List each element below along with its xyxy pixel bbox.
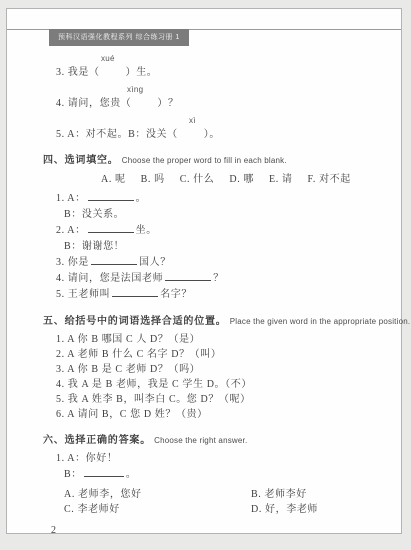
exercise-line: 3. 我是（）生。 xyxy=(56,65,393,80)
exercise-line: 4. 请问，您是法国老师？ xyxy=(56,271,393,287)
answer-choice: A. 老师李，您好 xyxy=(64,487,251,502)
section-five-title: 五、给括号中的词语选择合适的位置。 Place the given word i… xyxy=(43,314,393,330)
exercise-line: 3. 你是国人？ xyxy=(56,255,393,271)
page-number: 2 xyxy=(51,525,393,536)
fill-blank xyxy=(88,223,134,233)
section-title-english: Choose the proper word to fill in each b… xyxy=(122,156,287,165)
section-four-title: 四、选词填空。 Choose the proper word to fill i… xyxy=(43,153,393,169)
line-text: 1. A： xyxy=(56,193,86,204)
word-option: F. 对不起 xyxy=(308,172,351,187)
line-text: ）生。 xyxy=(126,67,158,78)
word-option: C. 什么 xyxy=(180,172,215,187)
section-title-chinese: 六、选择正确的答案。 xyxy=(43,435,151,446)
line-text: 3. 我是（ xyxy=(56,67,100,78)
exercise-line: 6. A 请问 B，C 您 D 姓？（贵） xyxy=(56,407,393,422)
pinyin-hint: xì xyxy=(189,115,393,127)
section-title-english: Place the given word in the appropriate … xyxy=(230,317,411,326)
line-text: 4. 请问，您贵（ xyxy=(56,98,131,109)
exercise-line: 2. A：坐。 xyxy=(56,223,393,239)
line-text: ）？ xyxy=(157,98,178,109)
workbook-page: 预科汉语强化教程系列 综合练习册 1 xué 3. 我是（）生。 xìng 4.… xyxy=(6,8,402,534)
line-text: 。 xyxy=(136,193,147,204)
answer-choice: C. 李老师好 xyxy=(64,502,251,517)
section-title-english: Choose the right answer. xyxy=(154,436,247,445)
exercise-line: 4. 请问，您贵（）？ xyxy=(56,96,393,111)
section-title-chinese: 五、给括号中的词语选择合适的位置。 xyxy=(43,316,227,327)
series-header-label: 预科汉语强化教程系列 综合练习册 1 xyxy=(49,29,189,46)
exercise-line: 1. A：。 xyxy=(56,191,393,207)
answer-choice: B. 老师李好 xyxy=(251,487,307,502)
section-six-title: 六、选择正确的答案。 Choose the right answer. xyxy=(43,433,393,449)
line-text: 3. 你是 xyxy=(56,257,89,268)
line-text: ）。 xyxy=(204,129,220,140)
dialog-line: B：。 xyxy=(64,467,393,483)
line-text: 5. A：对不起。B：没关（ xyxy=(56,129,178,140)
section-title-chinese: 四、选词填空。 xyxy=(43,155,119,166)
word-option: D. 哪 xyxy=(229,172,254,187)
exercise-line: 1. A 你 B 哪国 C 人 D？（是） xyxy=(56,332,393,347)
line-text: B： xyxy=(64,469,82,480)
fill-blank xyxy=(84,467,124,477)
fill-blank xyxy=(88,191,134,201)
line-text: 坐。 xyxy=(136,225,157,236)
exercise-line: 3. A 你 B 是 C 老师 D？（吗） xyxy=(56,362,393,377)
fill-blank xyxy=(112,287,158,297)
word-option: B. 吗 xyxy=(141,172,165,187)
line-text: 。 xyxy=(126,469,137,480)
page-content: xué 3. 我是（）生。 xìng 4. 请问，您贵（）？ xì 5. A：对… xyxy=(7,9,401,536)
exercise-line: 5. A：对不起。B：没关（）。 xyxy=(56,127,393,142)
exercise-line: B：没关系。 xyxy=(64,207,393,223)
line-text: 2. A： xyxy=(56,225,86,236)
word-option: E. 请 xyxy=(269,172,293,187)
exercise-line: 5. 我 A 姓李 B，叫李白 C。您 D？（呢） xyxy=(56,392,393,407)
word-options-row: A. 呢 B. 吗 C. 什么 D. 哪 E. 请 F. 对不起 xyxy=(101,172,393,187)
line-text: 5. 王老师叫 xyxy=(56,289,110,300)
exercise-line: 4. 我 A 是 B 老师，我是 C 学生 D。（不） xyxy=(56,377,393,392)
pinyin-hint: xué xyxy=(101,53,393,65)
exercise-line: 5. 王老师叫名字？ xyxy=(56,287,393,303)
fill-blank xyxy=(165,271,211,281)
line-text: ？ xyxy=(213,273,224,284)
exercise-line: 2. A 老师 B 什么 C 名字 D？（叫） xyxy=(56,347,393,362)
answer-choices-row: A. 老师李，您好 B. 老师李好 xyxy=(64,487,393,502)
fill-blank xyxy=(91,255,137,265)
word-option: A. 呢 xyxy=(101,172,126,187)
dialog-line: 1. A：你好！ xyxy=(56,451,393,467)
line-text: 4. 请问，您是法国老师 xyxy=(56,273,163,284)
answer-choice: D. 好，李老师 xyxy=(251,502,318,517)
answer-choices-row: C. 李老师好 D. 好，李老师 xyxy=(64,502,393,517)
line-text: 名字？ xyxy=(160,289,192,300)
pinyin-hint: xìng xyxy=(127,84,393,96)
exercise-line: B：谢谢您！ xyxy=(64,239,393,255)
line-text: 国人？ xyxy=(139,257,171,268)
